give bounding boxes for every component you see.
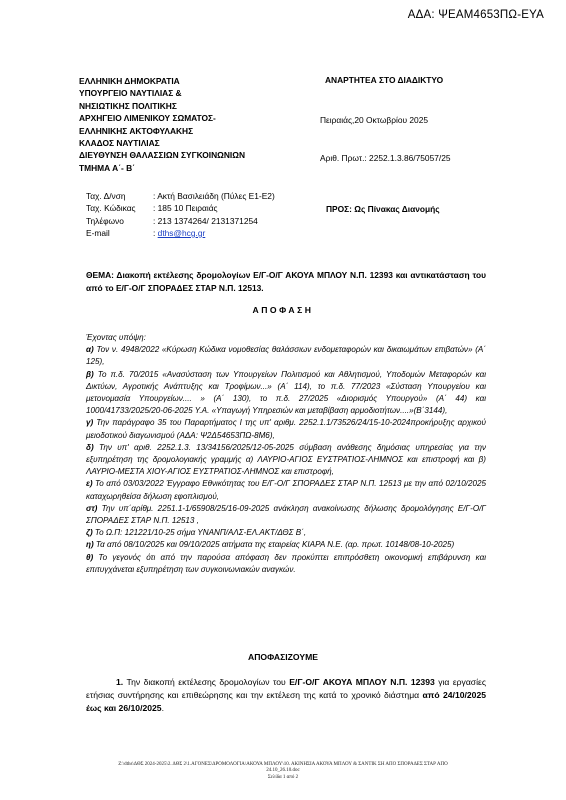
- issuer-block: ΕΛΛΗΝΙΚΗ ΔΗΜΟΚΡΑΤΙΑ ΥΠΟΥΡΓΕΙΟ ΝΑΥΤΙΛΙΑΣ …: [79, 75, 245, 174]
- item-mark: δ): [86, 443, 94, 452]
- item-mark: β): [86, 370, 94, 379]
- issuer-line: ΝΗΣΙΩΤΙΚΗΣ ΠΟΛΙΤΙΚΗΣ: [79, 100, 245, 112]
- contact-label: Τηλέφωνο: [86, 215, 153, 227]
- item-mark: η): [86, 540, 94, 549]
- email-link[interactable]: dths@hcg.gr: [158, 227, 206, 239]
- document-date: Πειραιάς,20 Οκτωβρίου 2025: [320, 115, 428, 125]
- issuer-line: ΕΛΛΗΝΙΚΗΣ ΑΚΤΟΦΥΛΑΚΗΣ: [79, 125, 245, 137]
- consideration-item: στ) Την υπ΄αρίθμ. 2251.1-1/65908/25/16-0…: [86, 503, 486, 527]
- contact-block: Ταχ. Δ/νση : Ακτή Βασιλειάδη (Πύλες Ε1-Ε…: [86, 190, 275, 239]
- subject: ΘΕΜΑ: Διακοπή εκτέλεσης δρομολογίων Ε/Γ-…: [86, 269, 486, 295]
- issuer-line: ΥΠΟΥΡΓΕΙΟ ΝΑΥΤΙΛΙΑΣ &: [79, 87, 245, 99]
- consideration-item: η) Τα από 08/10/2025 και 09/10/2025 αιτή…: [86, 539, 486, 551]
- contact-row: Τηλέφωνο : 213 1374264/ 2131371254: [86, 215, 275, 227]
- contact-label: Ταχ. Δ/νση: [86, 190, 153, 202]
- contact-value: : 185 10 Πειραιάς: [153, 202, 218, 214]
- contact-prefix: :: [153, 227, 155, 239]
- issuer-line: ΕΛΛΗΝΙΚΗ ΔΗΜΟΚΡΑΤΙΑ: [79, 75, 245, 87]
- item-mark: ε): [86, 479, 93, 488]
- recipient: ΠΡΟΣ: Ως Πίνακας Διανομής: [326, 204, 440, 214]
- issuer-line: ΚΛΑΔΟΣ ΝΑΥΤΙΛΙΑΣ: [79, 137, 245, 149]
- contact-label: E-mail: [86, 227, 153, 239]
- resolution-title: ΑΠΟΦΑΣΙΖΟΥΜΕ: [0, 652, 566, 662]
- vessel-name: Ε/Γ-Ο/Γ ΑΚΟΥΑ ΜΠΛΟΥ Ν.Π. 12393: [289, 677, 435, 687]
- consideration-item: α) Τον ν. 4948/2022 «Κύρωση Κώδικα νομοθ…: [86, 344, 486, 368]
- ada-code: ΑΔΑ: ΨΕΑΜ4653ΠΩ-ΕΥΑ: [408, 9, 544, 21]
- consideration-item: θ) Το γεγονός ότι από την παρούσα απόφασ…: [86, 552, 486, 576]
- issuer-line: ΔΙΕΥΘΥΝΣΗ ΘΑΛΑΣΣΙΩΝ ΣΥΓΚΟΙΝΩΝΙΩΝ: [79, 149, 245, 161]
- consideration-item: δ) Την υπ' αριθ. 2252.1.3. 13/34156/2025…: [86, 442, 486, 479]
- issuer-line: ΤΜΗΜΑ Α΄- Β΄: [79, 162, 245, 174]
- posting-note: ΑΝΑΡΤΗΤΕΑ ΣΤΟ ΔΙΑΔΙΚΤΥΟ: [325, 75, 443, 85]
- page-footer: Ζ:\dths\ΔΘΣ 2024-2025\2. ΔΘΣ 2\1.ΑΓΟΝΕΣ\…: [60, 762, 506, 781]
- contact-row: E-mail : dths@hcg.gr: [86, 227, 275, 239]
- resolution-item: 1. Την διακοπή εκτέλεσης δρομολογίων του…: [86, 676, 486, 715]
- considerations: Έχοντας υπόψη: α) Τον ν. 4948/2022 «Κύρω…: [86, 332, 486, 576]
- consideration-item: ε) Το από 03/03/2022 Έγγραφο Εθνικότητας…: [86, 478, 486, 502]
- contact-label: Ταχ. Κώδικας: [86, 202, 153, 214]
- considerations-intro: Έχοντας υπόψη:: [86, 332, 486, 344]
- consideration-item: β) Το π.δ. 70/2015 «Ανασύσταση των Υπουρ…: [86, 369, 486, 418]
- contact-value: : 213 1374264/ 2131371254: [153, 215, 258, 227]
- item-mark: ζ): [86, 528, 93, 537]
- item-mark: στ): [86, 504, 97, 513]
- contact-row: Ταχ. Δ/νση : Ακτή Βασιλειάδη (Πύλες Ε1-Ε…: [86, 190, 275, 202]
- item-mark: α): [86, 345, 94, 354]
- consideration-item: γ) Την παράγραφο 35 του Παραρτήματος Ι τ…: [86, 417, 486, 441]
- contact-value: : Ακτή Βασιλειάδη (Πύλες Ε1-Ε2): [153, 190, 275, 202]
- protocol-number: Αριθ. Πρωτ.: 2252.1.3.86/75057/25: [320, 153, 451, 163]
- issuer-line: ΑΡΧΗΓΕΙΟ ΛΙΜΕΝΙΚΟΥ ΣΩΜΑΤΟΣ-: [79, 112, 245, 124]
- page-number: Σελίδα 1 από 2: [60, 775, 506, 781]
- decision-title: ΑΠΟΦΑΣΗ: [0, 305, 566, 315]
- contact-row: Ταχ. Κώδικας : 185 10 Πειραιάς: [86, 202, 275, 214]
- consideration-item: ζ) Το Ω.Π: 121221/10-25 σήμα ΥΝΑΝΠ/ΑΛΣ-Ε…: [86, 527, 486, 539]
